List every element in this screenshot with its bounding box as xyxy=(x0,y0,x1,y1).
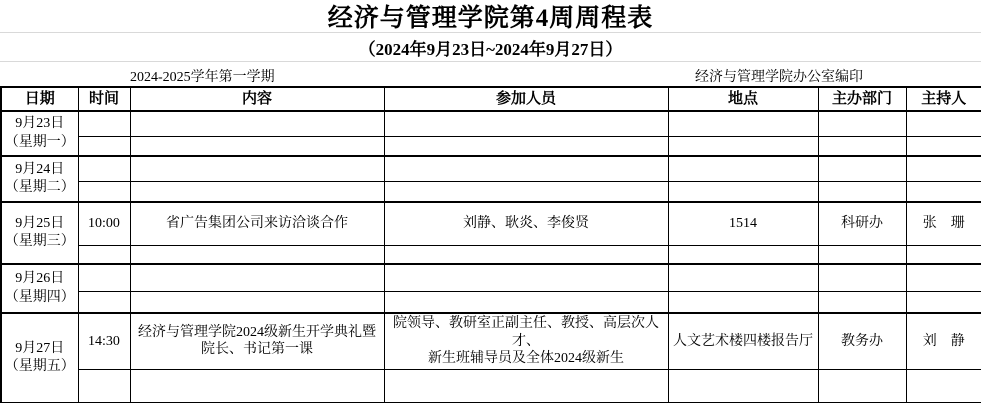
location-cell xyxy=(668,291,818,313)
location-cell xyxy=(668,111,818,136)
weekday-label: （星期四） xyxy=(4,289,76,307)
col-header-location: 地点 xyxy=(668,87,818,111)
host-cell xyxy=(906,181,981,202)
participants-cell xyxy=(384,156,668,181)
time-cell xyxy=(78,136,130,156)
content-cell xyxy=(130,156,384,181)
content-cell xyxy=(130,291,384,313)
host-cell xyxy=(906,291,981,313)
content-cell xyxy=(130,111,384,136)
date-cell: 9月23日 （星期一） xyxy=(1,111,78,156)
location-cell xyxy=(668,181,818,202)
date-label: 9月24日 xyxy=(4,161,76,179)
time-cell xyxy=(78,111,130,136)
table-row: 9月27日 （星期五） 14:30 经济与管理学院2024级新生开学典礼暨 院长… xyxy=(1,313,981,369)
department-cell: 教务办 xyxy=(818,313,906,369)
table-row xyxy=(1,291,981,313)
participants-cell xyxy=(384,369,668,403)
department-cell xyxy=(818,264,906,291)
location-cell xyxy=(668,369,818,403)
department-cell: 科研办 xyxy=(818,202,906,245)
time-cell xyxy=(78,245,130,264)
department-cell xyxy=(818,369,906,403)
date-cell: 9月26日 （星期四） xyxy=(1,264,78,313)
table-row xyxy=(1,245,981,264)
weekday-label: （星期一） xyxy=(4,134,76,152)
content-cell: 省广告集团公司来访洽谈合作 xyxy=(130,202,384,245)
host-cell xyxy=(906,264,981,291)
department-cell xyxy=(818,111,906,136)
weekday-label: （星期二） xyxy=(4,179,76,197)
table-row: 9月26日 （星期四） xyxy=(1,264,981,291)
host-cell xyxy=(906,245,981,264)
department-cell xyxy=(818,245,906,264)
participants-cell xyxy=(384,111,668,136)
table-row xyxy=(1,181,981,202)
location-cell: 人文艺术楼四楼报告厅 xyxy=(668,313,818,369)
col-header-time: 时间 xyxy=(78,87,130,111)
date-label: 9月26日 xyxy=(4,270,76,288)
location-cell xyxy=(668,156,818,181)
location-cell xyxy=(668,245,818,264)
schedule-table: 日期 时间 内容 参加人员 地点 主办部门 主持人 9月23日 （星期一） xyxy=(0,86,981,403)
participants-cell xyxy=(384,136,668,156)
location-cell xyxy=(668,136,818,156)
department-cell xyxy=(818,136,906,156)
participants-cell xyxy=(384,264,668,291)
host-cell xyxy=(906,111,981,136)
content-cell xyxy=(130,245,384,264)
time-cell xyxy=(78,156,130,181)
date-range: （2024年9月23日~2024年9月27日） xyxy=(0,33,981,62)
content-cell xyxy=(130,136,384,156)
time-cell xyxy=(78,291,130,313)
location-cell: 1514 xyxy=(668,202,818,245)
col-header-content: 内容 xyxy=(130,87,384,111)
host-cell xyxy=(906,136,981,156)
date-label: 9月25日 xyxy=(4,215,76,233)
issuer-label: 经济与管理学院办公室编印 xyxy=(695,66,863,86)
table-row: 9月25日 （星期三） 10:00 省广告集团公司来访洽谈合作 刘静、耿炎、李俊… xyxy=(1,202,981,245)
host-cell xyxy=(906,156,981,181)
date-label: 9月23日 xyxy=(4,115,76,133)
time-cell xyxy=(78,181,130,202)
location-cell xyxy=(668,264,818,291)
content-cell xyxy=(130,369,384,403)
col-header-date: 日期 xyxy=(1,87,78,111)
participants-cell xyxy=(384,245,668,264)
host-cell: 刘 静 xyxy=(906,313,981,369)
table-row xyxy=(1,369,981,403)
meta-row: 2024-2025学年第一学期 经济与管理学院办公室编印 xyxy=(0,62,981,86)
header-row: 日期 时间 内容 参加人员 地点 主办部门 主持人 xyxy=(1,87,981,111)
table-row: 9月24日 （星期二） xyxy=(1,156,981,181)
date-cell: 9月27日 （星期五） xyxy=(1,313,78,403)
col-header-department: 主办部门 xyxy=(818,87,906,111)
time-cell xyxy=(78,264,130,291)
time-cell: 14:30 xyxy=(78,313,130,369)
host-cell: 张 珊 xyxy=(906,202,981,245)
content-cell xyxy=(130,181,384,202)
time-cell xyxy=(78,369,130,403)
host-cell xyxy=(906,369,981,403)
table-row xyxy=(1,136,981,156)
date-cell: 9月24日 （星期二） xyxy=(1,156,78,202)
participants-cell: 院领导、教研室正副主任、教授、高层次人才、 新生班辅导员及全体2024级新生 xyxy=(384,313,668,369)
col-header-host: 主持人 xyxy=(906,87,981,111)
content-cell xyxy=(130,264,384,291)
date-label: 9月27日 xyxy=(4,340,76,358)
weekday-label: （星期三） xyxy=(4,233,76,251)
document-title: 经济与管理学院第4周周程表 xyxy=(0,0,981,33)
participants-cell xyxy=(384,181,668,202)
participants-cell: 刘静、耿炎、李俊贤 xyxy=(384,202,668,245)
time-cell: 10:00 xyxy=(78,202,130,245)
table-row: 9月23日 （星期一） xyxy=(1,111,981,136)
department-cell xyxy=(818,156,906,181)
content-cell: 经济与管理学院2024级新生开学典礼暨 院长、书记第一课 xyxy=(130,313,384,369)
department-cell xyxy=(818,291,906,313)
semester-label: 2024-2025学年第一学期 xyxy=(130,66,275,86)
participants-cell xyxy=(384,291,668,313)
department-cell xyxy=(818,181,906,202)
col-header-participants: 参加人员 xyxy=(384,87,668,111)
weekly-schedule-document: 经济与管理学院第4周周程表 （2024年9月23日~2024年9月27日） 20… xyxy=(0,0,981,403)
date-cell: 9月25日 （星期三） xyxy=(1,202,78,264)
weekday-label: （星期五） xyxy=(4,358,76,376)
